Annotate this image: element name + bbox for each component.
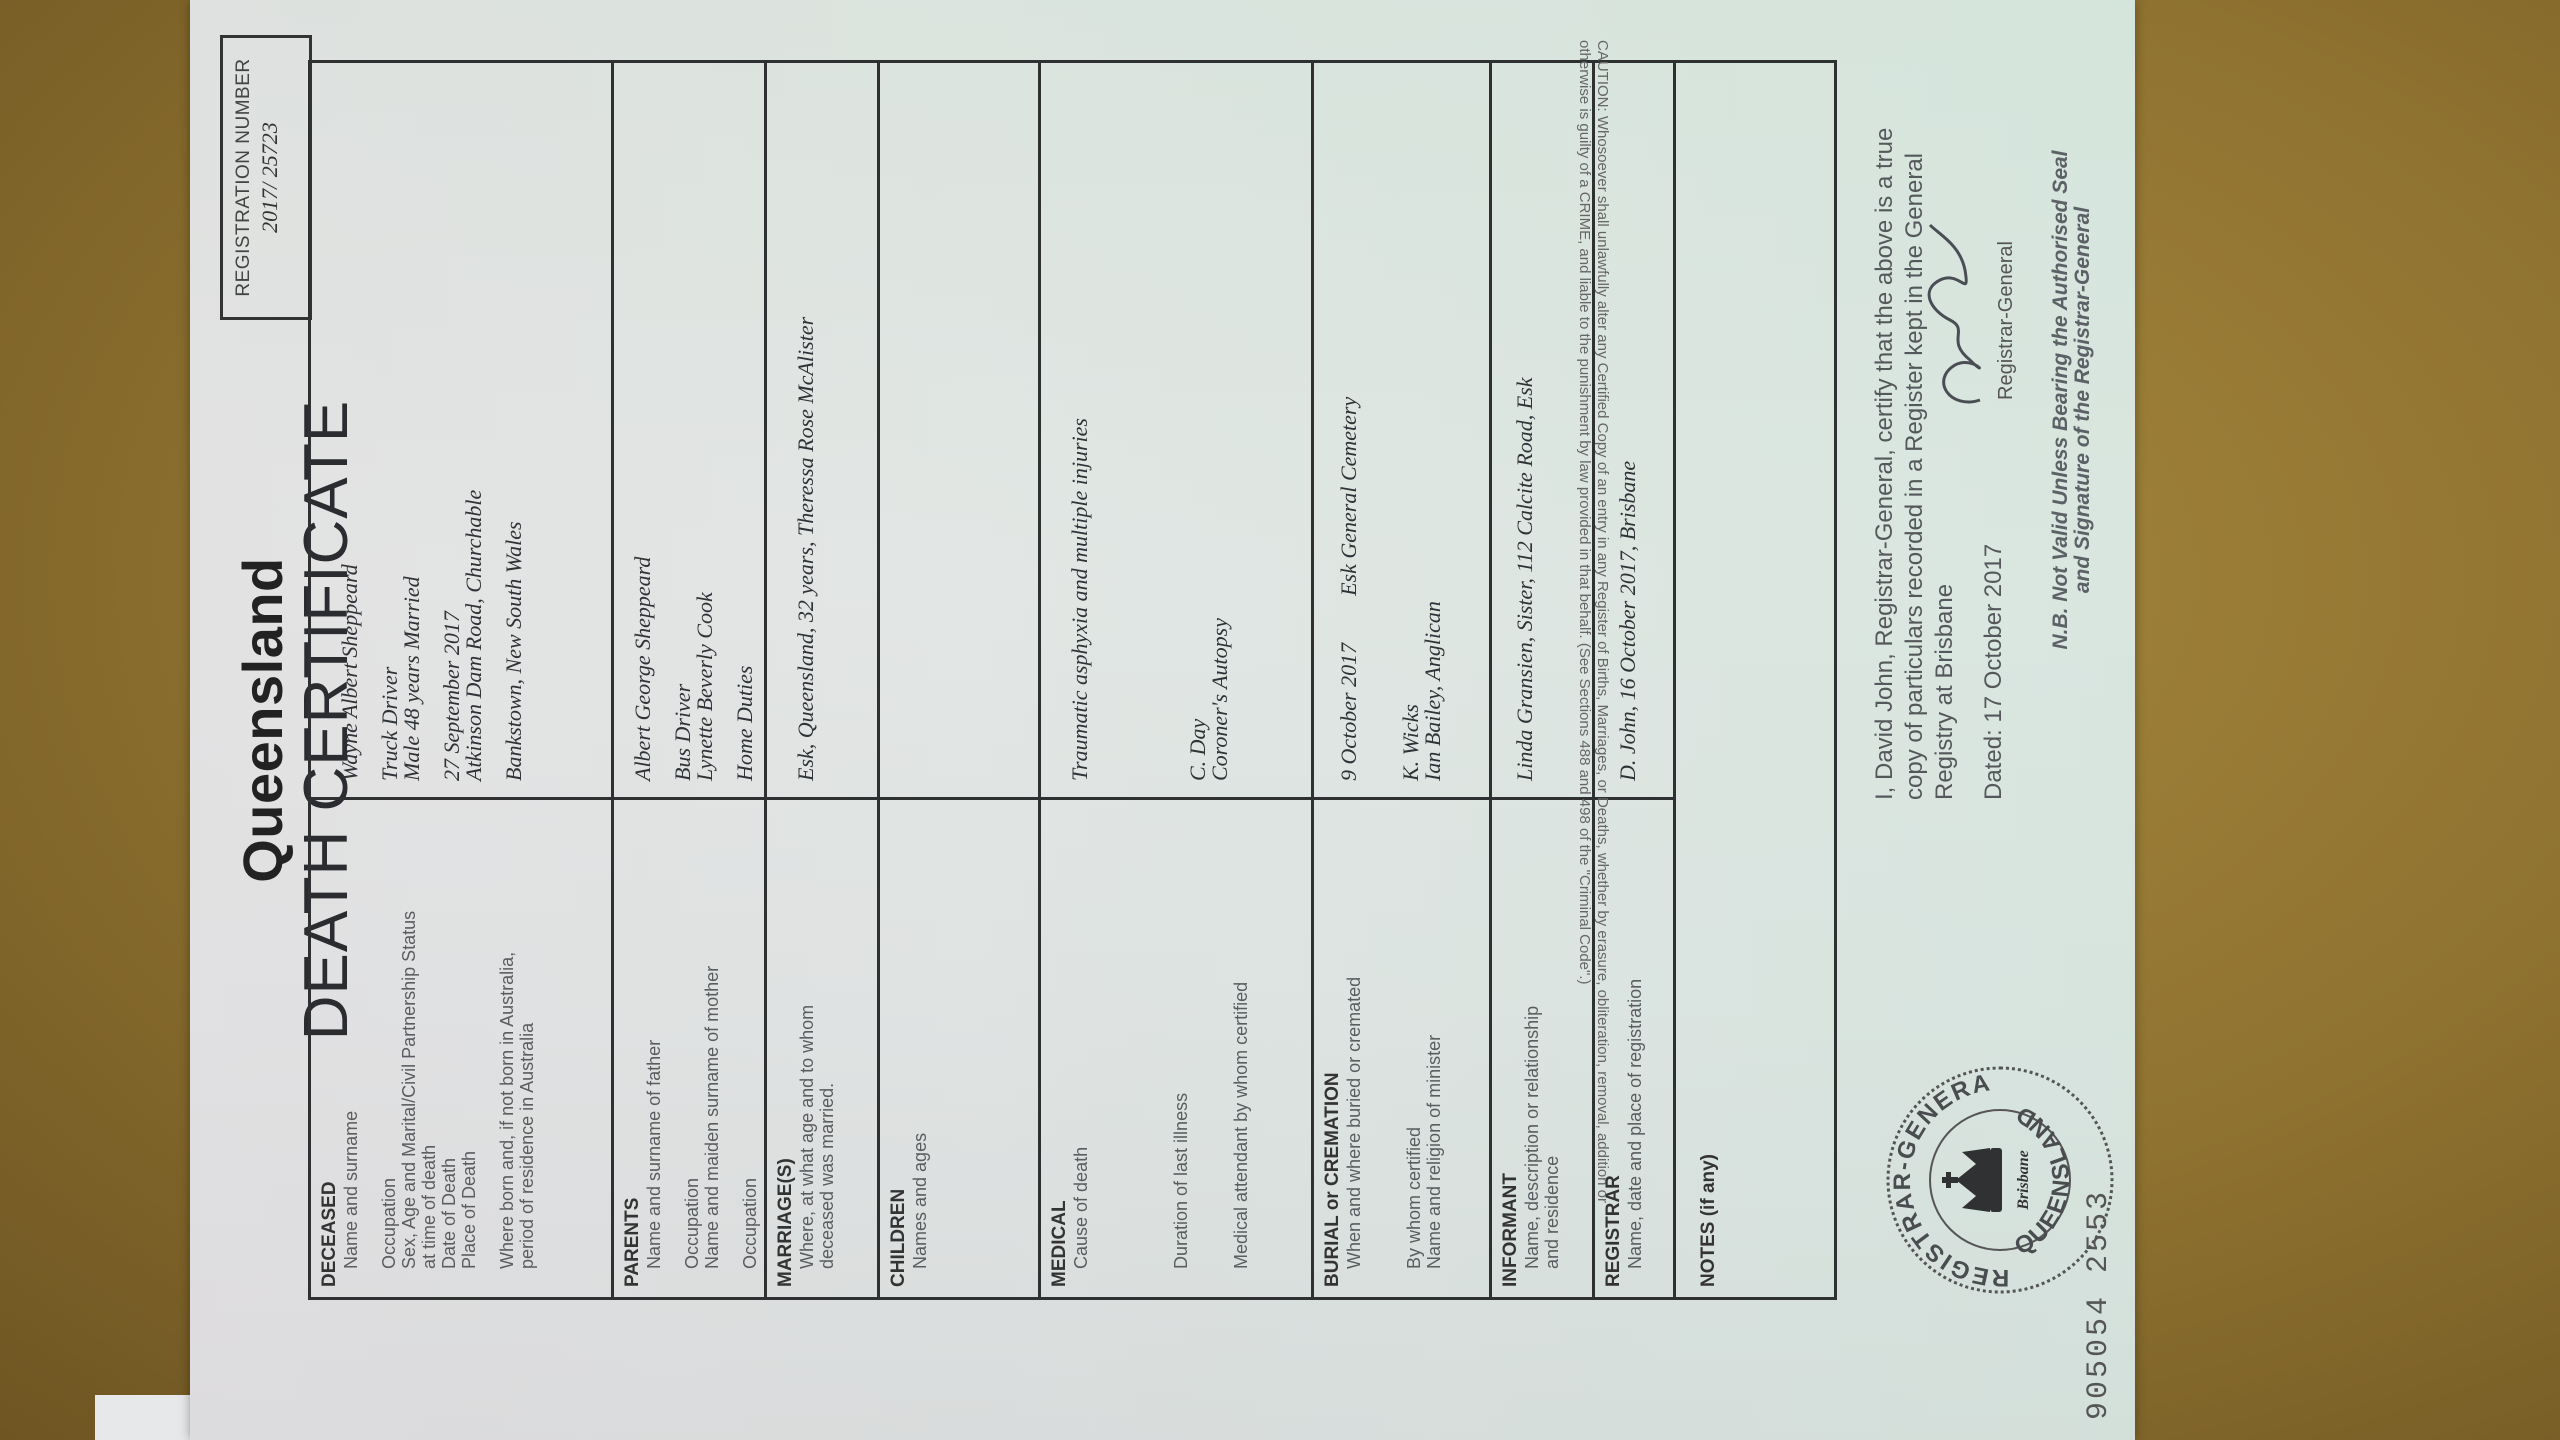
label-attendant: Medical attendant by whom certified <box>1231 810 1251 1287</box>
value-father: Albert George Sheppeard <box>632 79 654 781</box>
label-mother-occupation: Occupation <box>740 810 760 1287</box>
section-children: CHILDREN Names and ages <box>877 63 1038 1297</box>
value-burial-when-where: 9 October 2017 Esk General Cemetery <box>1338 79 1360 781</box>
signatory-title: Registrar-General <box>1995 241 2018 400</box>
value-informant: Linda Gransien, Sister, 112 Calcite Road… <box>1514 79 1536 781</box>
label-when-where: When and where buried or cremated <box>1344 810 1364 1287</box>
value-registrar: D. John, 16 October 2017, Brisbane <box>1617 79 1639 781</box>
validity-note-line2: and Signature of the Registrar-General <box>2072 120 2094 680</box>
value-date-of-death: 27 September 2017 <box>441 79 463 781</box>
serial-number: 905054 2553 <box>2082 1189 2116 1420</box>
label-marriage-line2: deceased was married. <box>817 810 837 1287</box>
registration-number-box: REGISTRATION NUMBER 2017/ 25723 <box>220 35 312 320</box>
notes-labels: NOTES (if any) <box>1676 797 1834 1297</box>
value-attendant-role: Coroner's Autopsy <box>1209 79 1231 781</box>
medical-values: Traumatic asphyxia and multiple injuries… <box>1041 63 1311 797</box>
label-marriage-line1: Where, at what age and to whom <box>797 810 817 1287</box>
caution-notice: CAUTION: Whosoever shall unlawfully alte… <box>1575 40 1619 1330</box>
section-title: MARRIAGE(S) <box>775 810 797 1287</box>
section-marriage: MARRIAGE(S) Where, at what age and to wh… <box>764 63 877 1297</box>
label-date-of-death: Date of Death <box>439 810 459 1287</box>
label-sex-age-status: Sex, Age and Marital/Civil Partnership S… <box>399 810 419 1287</box>
value-father-occupation: Bus Driver <box>672 79 694 781</box>
marriage-labels: MARRIAGE(S) Where, at what age and to wh… <box>767 797 877 1297</box>
certification-line2: copy of particulars recorded in a Regist… <box>1900 100 1930 800</box>
label-father: Name and surname of father <box>644 810 664 1287</box>
label-mother: Name and maiden surname of mother <box>702 810 722 1287</box>
caution-text: CAUTION: Whosoever shall unlawfully alte… <box>1575 40 1611 1330</box>
section-title: PARENTS <box>622 810 644 1287</box>
section-title: DECEASED <box>319 810 341 1287</box>
label-duration: Duration of last illness <box>1171 810 1191 1287</box>
certification-statement: I, David John, Registrar-General, certif… <box>1870 100 1960 800</box>
caution-line1: CAUTION: Whosoever shall unlawfully alte… <box>1593 40 1611 1330</box>
value-place-of-death: Atkinson Dam Road, Churchable <box>463 79 485 781</box>
section-title: MEDICAL <box>1049 810 1071 1287</box>
value-mother: Lynette Beverly Cook <box>694 79 716 781</box>
burial-values: 9 October 2017 Esk General Cemetery K. W… <box>1314 63 1489 797</box>
label-place-of-death: Place of Death <box>459 810 479 1287</box>
label-at-time: at time of death <box>419 810 439 1287</box>
value-cause: Traumatic asphyxia and multiple injuries <box>1069 79 1091 781</box>
registration-number-label: REGISTRATION NUMBER <box>233 38 255 317</box>
label-informant-line2: and residence <box>1542 810 1562 1287</box>
value-occupation: Truck Driver <box>379 79 401 781</box>
caution-line2: otherwise is guilty of a CRIME, and liab… <box>1575 40 1593 1330</box>
label-cause: Cause of death <box>1071 810 1091 1287</box>
label-children: Names and ages <box>910 810 930 1287</box>
value-where-born: Bankstown, New South Wales <box>503 79 525 781</box>
medical-labels: MEDICAL Cause of death Duration of last … <box>1041 797 1311 1297</box>
value-mother-occupation: Home Duties <box>734 79 756 781</box>
value-sex-age-status: Male 48 years Married <box>401 79 423 781</box>
section-title: NOTES (if any) <box>1698 807 1720 1287</box>
certification-line1: I, David John, Registrar-General, certif… <box>1870 100 1900 800</box>
section-notes: NOTES (if any) <box>1673 63 1834 1297</box>
seal-center: Brisbane <box>2015 1150 2032 1211</box>
notes-values <box>1676 63 1834 797</box>
registration-number-value: 2017/ 25723 <box>257 38 283 317</box>
children-labels: CHILDREN Names and ages <box>880 797 1038 1297</box>
dated-line: Dated: 17 October 2017 <box>1980 544 2008 800</box>
validity-note: N.B. Not Valid Unless Bearing the Author… <box>2050 120 2094 680</box>
value-marriage: Esk, Queensland, 32 years, Theressa Rose… <box>795 79 817 781</box>
parents-labels: PARENTS Name and surname of father Occup… <box>614 797 764 1297</box>
section-title: INFORMANT <box>1500 810 1522 1287</box>
crown-icon <box>1942 1148 2002 1212</box>
deceased-labels: DECEASED Name and surname Occupation Sex… <box>311 797 611 1297</box>
value-name: Wayne Albert Sheppeard <box>339 79 361 781</box>
label-occupation: Occupation <box>379 810 399 1287</box>
label-father-occupation: Occupation <box>682 810 702 1287</box>
label-where-born: Where born and, if not born in Australia… <box>497 810 517 1287</box>
parents-values: Albert George Sheppeard Bus Driver Lynet… <box>614 63 764 797</box>
section-title: CHILDREN <box>888 810 910 1287</box>
value-attendant-name: C. Day <box>1187 79 1209 781</box>
section-burial: BURIAL or CREMATION When and where burie… <box>1311 63 1489 1297</box>
section-parents: PARENTS Name and surname of father Occup… <box>611 63 764 1297</box>
label-minister: Name and religion of minister <box>1424 810 1444 1287</box>
section-deceased: DECEASED Name and surname Occupation Sex… <box>311 63 611 1297</box>
marriage-values: Esk, Queensland, 32 years, Theressa Rose… <box>767 63 877 797</box>
label-registrar: Name, date and place of registration <box>1625 810 1645 1287</box>
signature-icon <box>1910 220 2000 420</box>
label-name: Name and surname <box>341 810 361 1287</box>
label-certified: By whom certified <box>1404 810 1424 1287</box>
section-title: BURIAL or CREMATION <box>1322 810 1344 1287</box>
label-informant-line1: Name, description or relationship <box>1522 810 1542 1287</box>
value-burial-date: 9 October 2017 <box>1336 643 1361 781</box>
value-certified: K. Wicks <box>1400 79 1422 781</box>
value-minister: Ian Bailey, Anglican <box>1422 79 1444 781</box>
certification-line3: Registry at Brisbane <box>1930 100 1960 800</box>
validity-note-line1: N.B. Not Valid Unless Bearing the Author… <box>2050 120 2072 680</box>
value-burial-place: Esk General Cemetery <box>1336 397 1361 596</box>
death-certificate-document: Queensland DEATH CERTIFICATE REGISTRATIO… <box>190 0 2135 1440</box>
section-medical: MEDICAL Cause of death Duration of last … <box>1038 63 1311 1297</box>
deceased-values: Wayne Albert Sheppeard Truck Driver Male… <box>311 63 611 797</box>
burial-labels: BURIAL or CREMATION When and where burie… <box>1314 797 1489 1297</box>
children-values <box>880 63 1038 797</box>
label-residence-period: period of residence in Australia <box>517 810 537 1287</box>
